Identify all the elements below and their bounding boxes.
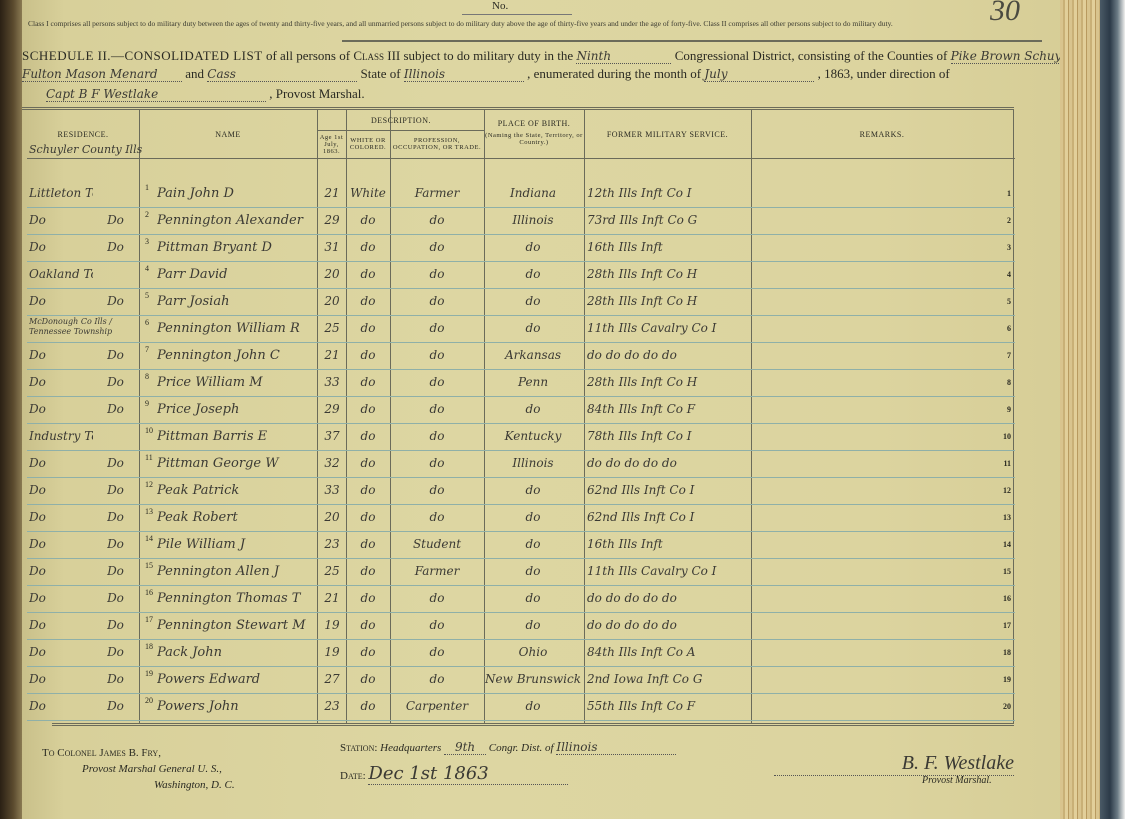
station-district-field: 9th xyxy=(444,740,486,755)
table-row: Do Do 2 Pennington Alexander 29 do do Il… xyxy=(27,207,1015,235)
page-number-label: No. xyxy=(492,0,508,12)
date-line: Date: Dec 1st 1863 xyxy=(340,763,568,785)
book-gutter xyxy=(0,0,22,819)
table-row: Do Do 18 Pack John 19 do do Ohio 84th Il… xyxy=(27,639,1015,667)
table-row: Industry Township 10 Pittman Barris E 37… xyxy=(27,423,1015,451)
marshal-signature: B. F. Westlake xyxy=(774,752,1014,776)
addressee-title: Provost Marshal General U. S., xyxy=(42,761,235,777)
addressee-name: To Colonel James B. Fry, xyxy=(42,745,235,761)
header-birth: PLACE OF BIRTH. xyxy=(484,119,584,128)
table-row: Do Do 11 Pittman George W 32 do do Illin… xyxy=(27,450,1015,478)
header-residence: RESIDENCE. xyxy=(27,130,139,139)
header-rule xyxy=(342,40,1042,42)
table-row: Do Do 14 Pile William J 23 do Student do… xyxy=(27,531,1015,559)
header-color: White or Colored. xyxy=(346,137,390,151)
schedule-line-3: Capt B F Westlake , Provost Marshal. xyxy=(46,86,365,102)
header-description: DESCRIPTION. xyxy=(317,116,485,125)
book-binding xyxy=(1100,0,1125,819)
district-field: Ninth xyxy=(576,49,671,64)
month-field: July xyxy=(704,67,814,82)
residence-county-note: Schuyler County Ills xyxy=(29,143,142,156)
date-field: Dec 1st 1863 xyxy=(368,763,568,785)
addressee-place: Washington, D. C. xyxy=(42,777,235,793)
marshal-field: Capt B F Westlake xyxy=(46,87,266,102)
state-field: Illinois xyxy=(404,67,524,82)
table-row: Do Do 16 Pennington Thomas T 21 do do do… xyxy=(27,585,1015,613)
header-remarks: REMARKS. xyxy=(751,130,1013,139)
table-row: Littleton Township 1 Pain John D 21 Whit… xyxy=(27,180,1015,208)
table-row: Do Do 5 Parr Josiah 20 do do do 28th Ill… xyxy=(27,288,1015,316)
schedule-title-line: SCHEDULE II.—CONSOLIDATED LIST of all pe… xyxy=(22,48,1052,64)
counties-field-3: Cass xyxy=(207,67,357,82)
table-row: Do Do 20 Powers John 23 do Carpenter do … xyxy=(27,693,1015,721)
table-row: Do Do 17 Pennington Stewart M 19 do do d… xyxy=(27,612,1015,640)
table-row: Do Do 7 Pennington John C 21 do do Arkan… xyxy=(27,342,1015,370)
signature-title: Provost Marshal. xyxy=(922,775,992,786)
counties-field-1: Pike Brown Schuyler xyxy=(951,49,1071,64)
table-row: Do Do 19 Powers Edward 27 do do New Brun… xyxy=(27,666,1015,694)
header-birth-note: (Naming the State, Territory, or Country… xyxy=(484,132,584,146)
station-line: Station: Headquarters 9th Congr. Dist. o… xyxy=(340,740,676,755)
header-occupation: Profession, Occupation, or Trade. xyxy=(390,137,484,151)
ledger-page: No. 30 Class I comprises all persons sub… xyxy=(22,0,1082,819)
table-row: Do Do 9 Price Joseph 29 do do do 84th Il… xyxy=(27,396,1015,424)
ledger-table: RESIDENCE. Schuyler County Ills NAME DES… xyxy=(27,110,1015,724)
table-row: Do Do 15 Pennington Allen J 25 do Farmer… xyxy=(27,558,1015,586)
addressee-block: To Colonel James B. Fry, Provost Marshal… xyxy=(42,745,235,793)
header-military: FORMER MILITARY SERVICE. xyxy=(584,130,751,139)
page-number-line xyxy=(462,14,572,15)
table-row: Do Do 3 Pittman Bryant D 31 do do do 16t… xyxy=(27,234,1015,262)
schedule-title: SCHEDULE II.—CONSOLIDATED LIST xyxy=(22,48,263,63)
header-name: NAME xyxy=(139,130,317,139)
table-row: McDonough Co Ills / Tennessee Township 6… xyxy=(27,315,1015,343)
table-row: Oakland Township 4 Parr David 20 do do d… xyxy=(27,261,1015,289)
class-label: Class III xyxy=(353,48,400,63)
header-age: Age 1st July, 1863. xyxy=(317,134,346,155)
table-row: Do Do 8 Price William M 33 do do Penn 28… xyxy=(27,369,1015,397)
class-definition-note: Class I comprises all persons subject to… xyxy=(28,19,1038,28)
counties-field-2: Fulton Mason Menard xyxy=(22,67,182,82)
station-state-field: Illinois xyxy=(556,740,676,755)
table-bottom-rule xyxy=(52,723,1014,726)
table-row: Do Do 13 Peak Robert 20 do do do 62nd Il… xyxy=(27,504,1015,532)
table-row: Do Do 12 Peak Patrick 33 do do do 62nd I… xyxy=(27,477,1015,505)
schedule-line-2: Fulton Mason Menard and Cass State of Il… xyxy=(22,66,1052,82)
